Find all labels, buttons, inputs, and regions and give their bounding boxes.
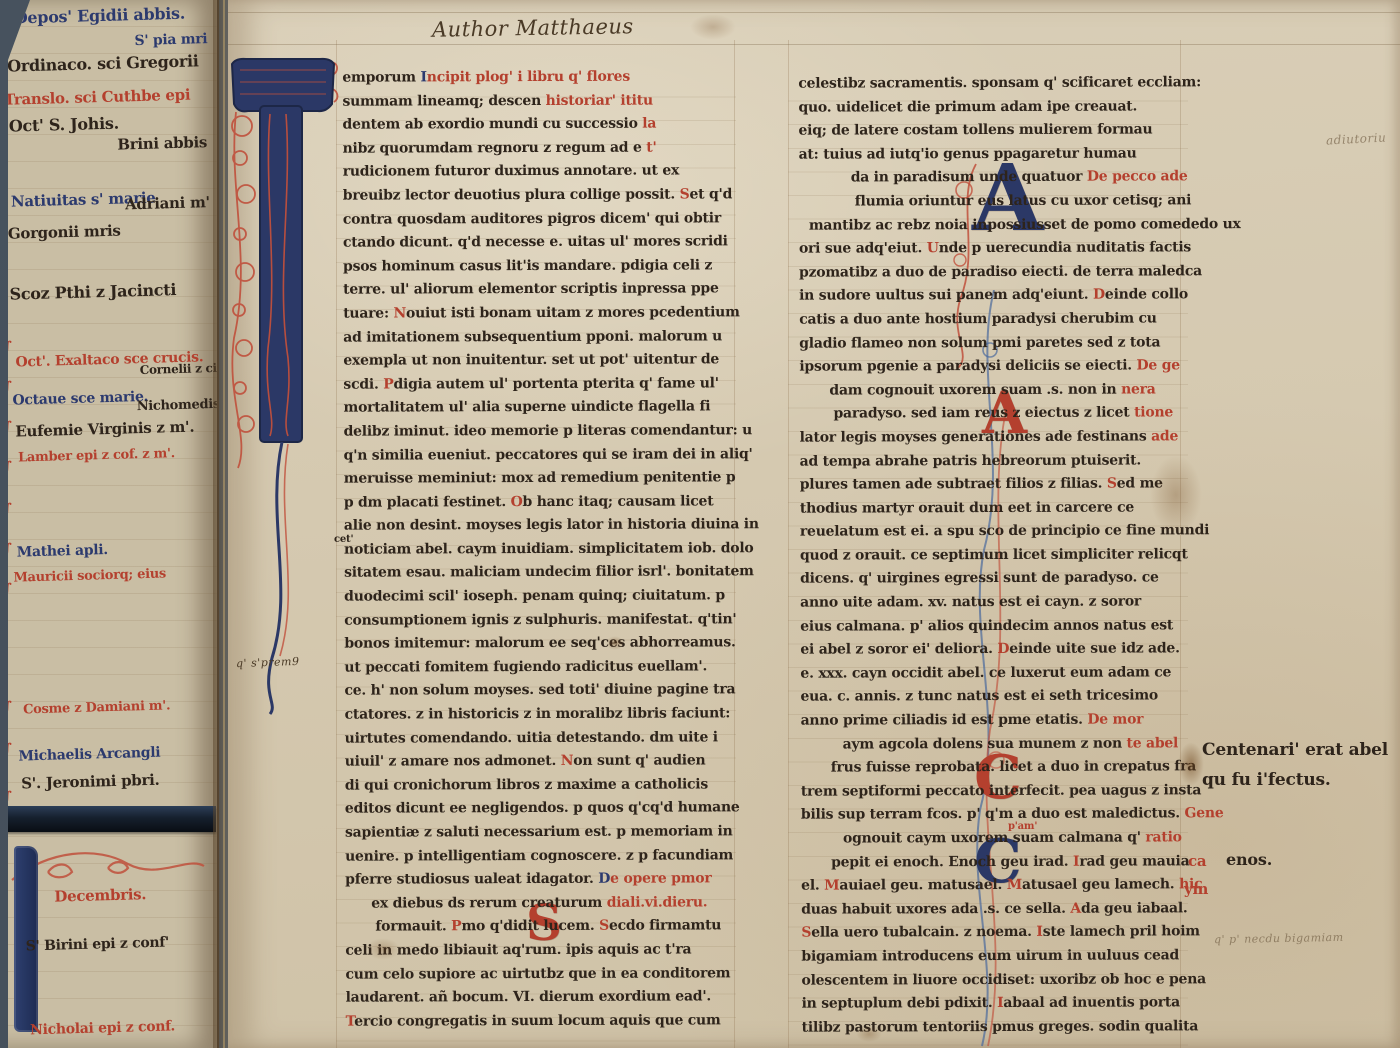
- manuscript-text-line: anno uite adam. xv. natus est ei cayn. z…: [800, 590, 1192, 615]
- text-run-ink: digia autem ul' portenta pterita q' fame…: [393, 375, 718, 392]
- manuscript-text-line: psos hominum casus lit'is mandare. pdigi…: [343, 254, 735, 279]
- calendar-grade-mark: ∫: [3, 458, 12, 476]
- manuscript-text-line: catis a duo ante hostium paradysi cherub…: [799, 307, 1191, 332]
- text-run-red: De pecco ade: [1087, 169, 1188, 185]
- manuscript-text-line: di qui cronichorum libros z maxime a cat…: [345, 773, 737, 798]
- manuscript-text-line: tuare: Nouiut isti bonam uitam z mores p…: [343, 301, 735, 326]
- calendar-entry: Brini abbis: [117, 133, 207, 153]
- text-run-ink: bigamiam introducens eum uirum in uuluus…: [801, 947, 1179, 964]
- manuscript-text-line: in sudore uultus sui panem adq'eiunt. De…: [799, 284, 1191, 309]
- text-run-ink: atusael geu lamech.: [1022, 877, 1179, 894]
- text-run-red: S: [599, 918, 609, 934]
- manuscript-text-line: eius calmana. p' alios quindecim annos n…: [800, 614, 1192, 639]
- manuscript-text-line: breuibz lector deuotius plura collige po…: [343, 183, 735, 208]
- text-run-ink: in septuplum debi pdixit.: [802, 995, 998, 1012]
- manuscript-text-line: ad imitationem subsequentium pponi. malo…: [343, 325, 735, 350]
- text-run-ink: duodecimi scil' ioseph. penam quinq; ciu…: [344, 587, 725, 604]
- text-run-red: D: [997, 641, 1009, 657]
- manuscript-text-line: ad tempa abrahe patris hebreorum ptuiser…: [800, 449, 1192, 474]
- manuscript-text-line: sitatem esau. maliciam undecim filior is…: [344, 561, 736, 586]
- text-run-red: historiar' ititu: [546, 92, 653, 108]
- calendar-entry: Eufemie Virginis z m'.: [15, 418, 194, 441]
- text-run-ink: ad tempa abrahe patris hebreorum ptuiser…: [800, 452, 1141, 469]
- manuscript-text-line: q'n similia eueniut. peccatores qui se i…: [344, 443, 736, 468]
- manuscript-text-line: pepit ei enoch. Enoch geu irad. Irad geu…: [801, 850, 1193, 875]
- manuscript-text-line: mantibz ac rebz noia inpossiusset de pom…: [799, 213, 1191, 238]
- text-run-red: ncipit plog' i libru q' flores: [427, 69, 630, 86]
- text-run-ink: eius calmana. p' alios quindecim annos n…: [800, 617, 1173, 634]
- manuscript-text-line: ctatores. z in historicis z in moralibz …: [345, 702, 737, 727]
- manuscript-text-line: rudicionem futuror duximus annotare. ut …: [343, 160, 735, 185]
- header-annotation: Author Matthaeus: [432, 14, 634, 42]
- text-run-ink: consumptionem ignis z sulphuris. manifes…: [344, 611, 736, 628]
- text-run-ink: et q'd: [689, 186, 732, 202]
- manuscript-text-line: laudarent. añ bocum. VI. dierum exordium…: [346, 985, 738, 1010]
- manuscript-text-line: ce. h' non solum moyses. sed toti' diuin…: [344, 679, 736, 704]
- text-run-ink: ut peccati fomitem fugiendo radicitus eu…: [344, 658, 707, 675]
- interlinear-gloss: p'am': [1008, 821, 1037, 832]
- text-run-red: ade: [1151, 428, 1178, 444]
- calendar-grade-mark: ∫: [3, 540, 12, 558]
- text-run-ink: uirtutes comendando. uitia detestando. d…: [345, 729, 718, 746]
- manuscript-text-line: emporum Incipit plog' i libru q' flores: [342, 65, 734, 90]
- text-run-ink: terre. ul' aliorum elementor scriptis in…: [343, 281, 719, 298]
- manuscript-text-line: formauit. Pmo q'didit lucem. Secdo firma…: [345, 915, 737, 940]
- calendar-entry: S'. Jeronimi pbri.: [21, 771, 160, 793]
- text-run-red: P: [383, 376, 393, 392]
- text-run-ink: scdi.: [343, 376, 383, 392]
- calendar-entry: Cosme z Damiani m'.: [23, 698, 170, 717]
- rubric-overflow-ym: ym: [1184, 880, 1208, 898]
- text-run-red: tione: [1134, 405, 1173, 421]
- calendar-entry: Scoz Pthi z Jacincti: [9, 280, 176, 304]
- text-run-red: De mor: [1087, 712, 1143, 728]
- text-run-ink: anno prime ciliadis id est pme etatis.: [801, 712, 1088, 729]
- text-run-ink: in sudore uultus sui panem adq'eiunt.: [799, 287, 1093, 304]
- calendar-grade-mark: ∫: [3, 500, 12, 518]
- text-run-red: la: [642, 116, 656, 132]
- text-column-2: celestibz sacramentis. sponsam q' scific…: [798, 71, 1193, 1040]
- text-run-ink: q'n similia eueniut. peccatores qui se i…: [344, 446, 753, 463]
- manuscript-text-line: noticiam abel. caym inuidiam. simplicita…: [344, 537, 736, 562]
- manuscript-text-line: el. Mauiael geu. matusael. Matusael geu …: [801, 874, 1193, 899]
- crease-line: [228, 44, 1400, 45]
- manuscript-text-line: quo. uidelicet die primum adam ipe creau…: [798, 95, 1190, 120]
- calendar-grade-mark: ∫: [3, 788, 12, 806]
- manuscript-text-line: uenire. p intelligentiam cognoscere. z p…: [345, 844, 737, 869]
- manuscript-text-line: ipsorum pgenie a paradysi deliciis se ei…: [799, 354, 1191, 379]
- manuscript-text-line: e. xxx. cayn occidit abel. ce luxerut eu…: [800, 661, 1192, 686]
- manuscript-text-line: uirtutes comendando. uitia detestando. d…: [345, 726, 737, 751]
- manuscript-text-line: reuelatum est ei. a spu sco de principio…: [800, 520, 1192, 545]
- text-run-ink: tilibz pastorum tentoriis pmus greges. s…: [802, 1018, 1199, 1035]
- text-run-ink: ipsorum pgenie a paradysi deliciis se ei…: [799, 358, 1136, 375]
- margin-note-enos: enos.: [1226, 850, 1272, 869]
- calendar-entry: Decembris.: [54, 885, 146, 906]
- calendar-grade-mark: ∫: [3, 338, 12, 356]
- manuscript-text-line: plures tamen ade subtraet filios z filia…: [800, 472, 1192, 497]
- text-run-ink: da in paradisum unde quatuor: [851, 169, 1087, 186]
- text-run-red: ratio: [1145, 829, 1181, 845]
- manuscript-text-line: ex diebus ds rerum creaturum diali.vi.di…: [345, 891, 737, 916]
- manuscript-text-line: at: tuius ad iutq'io genus ppagaretur hu…: [799, 142, 1191, 167]
- manuscript-text-line: frus fuisse reprobata. licet a duo in cr…: [801, 756, 1193, 781]
- manuscript-text-line: thodius martyr orauit dum eet in carcere…: [800, 496, 1192, 521]
- calendar-entry: Nicholai epi z conf.: [30, 1018, 175, 1038]
- text-run-ink: delibz iminut. ideo memorie p literas co…: [344, 422, 753, 439]
- manuscript-text-line: uiuil' z amare nos admonet. Non sunt q' …: [345, 750, 737, 775]
- text-run-ink: p dm placati festinet.: [344, 494, 511, 511]
- manuscript-text-line: scdi. Pdigia autem ul' portenta pterita …: [343, 372, 735, 397]
- text-run-red: S: [680, 186, 690, 202]
- manuscript-text-line: meruisse meminiut: mox ad remedium penit…: [344, 466, 736, 491]
- manuscript-text-line: eua. c. annis. z tunc natus est ei seth …: [800, 685, 1192, 710]
- manuscript-text-line: exempla ut non inuitentur. set ut pot' u…: [343, 348, 735, 373]
- text-run-ink: ce. h' non solum moyses. sed toti' diuin…: [344, 682, 735, 699]
- manuscript-text-line: celestibz sacramentis. sponsam q' scific…: [798, 71, 1190, 96]
- manuscript-text-line: aym agcola dolens sua munem z non te abe…: [801, 732, 1193, 757]
- calendar-entry: Translo. sci Cuthbe epi: [4, 86, 191, 109]
- manuscript-text-line: trem septiformi peccato interfecit. pea …: [801, 779, 1193, 804]
- text-run-ink: pzomatibz a duo de paradiso eiecti. de t…: [799, 263, 1202, 280]
- text-run-ink: noticiam abel. caym inuidiam. simplicita…: [344, 540, 754, 557]
- text-run-ink: ste lamech pril hoim: [1043, 924, 1200, 941]
- text-run-ink: trem septiformi peccato interfecit. pea …: [801, 782, 1201, 799]
- text-run-ink: gladio flameo non solum pmi paretes sed …: [799, 334, 1160, 351]
- manuscript-text-line: da in paradisum unde quatuor De pecco ad…: [799, 166, 1191, 191]
- text-run-ink: bilis sup terram fcos. p' q'm a duo est …: [801, 806, 1185, 823]
- manuscript-text-line: mortalitatem ul' alia superne uindicte f…: [343, 396, 735, 421]
- manuscript-text-line: ut peccati fomitem fugiendo radicitus eu…: [344, 655, 736, 680]
- manuscript-text-line: paradyso. sed iam reus z eiectus z licet…: [799, 402, 1191, 427]
- text-run-ink: on sunt q' audien: [573, 753, 705, 769]
- calendar-entry: Mathei apli.: [17, 542, 109, 561]
- text-run-ink: aym agcola dolens sua munem z non: [843, 735, 1127, 752]
- calendar-entry: S' pia mri: [134, 31, 207, 49]
- text-run-red: U: [927, 240, 939, 256]
- manuscript-photo: Depos' Egidii abbis.S' pia mriOrdinaco. …: [0, 0, 1400, 1048]
- manuscript-text-line: contra quosdam auditores pigros dicem' q…: [343, 207, 735, 232]
- manuscript-text-line: sapientiæ z saluti necessarium est. p me…: [345, 820, 737, 845]
- text-run-ink: el.: [801, 878, 824, 894]
- interlinear-gloss-2: cet': [334, 534, 353, 545]
- manuscript-text-line: p dm placati festinet. Ob hanc itaq; cau…: [344, 490, 736, 515]
- text-run-ink: plures tamen ade subtraet filios z filia…: [800, 476, 1107, 493]
- manuscript-text-line: bigamiam introducens eum uirum in uuluus…: [801, 944, 1193, 969]
- calendar-entry: Lamber epi z cof. z m'.: [18, 446, 175, 465]
- manuscript-text-line: ori sue adq'eiut. Unde p uerecundia nudi…: [799, 236, 1191, 261]
- text-run-ink: contra quosdam auditores pigros dicem' q…: [343, 210, 721, 227]
- text-run-red: nera: [1121, 381, 1156, 397]
- facing-calendar-page: Depos' Egidii abbis.S' pia mriOrdinaco. …: [0, 0, 217, 1048]
- text-run-ink: breuibz lector deuotius plura collige po…: [343, 186, 680, 203]
- text-run-ink: nde p uerecundia nuditatis factis: [939, 239, 1191, 256]
- text-run-ink: quod z orauit. ce septimum licet simplic…: [800, 546, 1188, 563]
- text-run-red: diali.vi.dieru.: [607, 894, 708, 910]
- manuscript-text-line: alie non desint. moyses legis lator in h…: [344, 514, 736, 539]
- manuscript-text-line: duas habuit uxores ada .s. ce sella. Ada…: [801, 897, 1193, 922]
- text-run-ink: catis a duo ante hostium paradysi cherub…: [799, 310, 1157, 327]
- text-run-red: D: [1093, 287, 1105, 303]
- manuscript-text-line: dicens. q' uirgines egressi sunt de para…: [800, 567, 1192, 592]
- manuscript-text-line: ognouit caym uxorem suam calmana q' rati…: [801, 826, 1193, 851]
- text-run-red: te abel: [1126, 735, 1178, 751]
- calendar-grade-mark: ∫: [3, 740, 12, 758]
- text-run-ink: cum celo supiore ac uirtutbz que in ea c…: [345, 965, 730, 982]
- manuscript-text-line: lator legis moyses generationes ade fest…: [800, 425, 1192, 450]
- text-run-ink: mo q'didit lucem.: [461, 918, 599, 934]
- text-run-red: N: [561, 753, 574, 769]
- text-run-ink: ad imitationem subsequentium pponi. malo…: [343, 328, 722, 345]
- text-run-ink: einde uite sue idz ade.: [1009, 641, 1179, 658]
- leaf-edge-2: [223, 0, 225, 1048]
- text-run-ink: da geu iabaal.: [1081, 900, 1188, 916]
- text-run-ink: mortalitatem ul' alia superne uindicte f…: [343, 399, 710, 416]
- manuscript-text-line: nibz quorumdam regnoru z regum ad e t': [343, 136, 735, 161]
- text-run-ink: celi in medo libiauit aq'rum. ipis aquis…: [345, 941, 691, 958]
- text-run-ink: formauit.: [375, 919, 451, 935]
- manuscript-text-line: pzomatibz a duo de paradiso eiecti. de t…: [799, 260, 1191, 285]
- text-run-ink: ei abel z soror ei' deliora.: [800, 641, 997, 658]
- manuscript-text-line: dam cognouit uxorem suam .s. non in nera: [799, 378, 1191, 403]
- text-run-ink: laudarent. añ bocum. VI. dierum exordium…: [346, 989, 711, 1006]
- rubric-overflow-ca: ca: [1188, 852, 1206, 870]
- calendar-entry: Depos' Egidii abbis.: [14, 4, 186, 28]
- text-run-red: A: [1070, 900, 1081, 916]
- text-run-ink: frus fuisse reprobata. licet a duo in cr…: [831, 759, 1196, 776]
- text-run-ink: lator legis moyses generationes ade fest…: [800, 428, 1152, 445]
- text-run-ink: uenire. p intelligentiam cognoscere. z p…: [345, 847, 733, 864]
- text-run-red: N: [393, 305, 406, 321]
- calendar-grade-mark: ∫: [3, 378, 12, 396]
- manuscript-text-line: bilis sup terram fcos. p' q'm a duo est …: [801, 803, 1193, 828]
- manuscript-text-line: Sella uero tubalcain. z noema. Iste lame…: [801, 921, 1193, 946]
- text-run-red: S: [801, 925, 811, 941]
- text-run-ink: di qui cronichorum libros z maxime a cat…: [345, 776, 708, 793]
- text-run-ink: ercio congregatis in suum locum aquis qu…: [354, 1012, 720, 1029]
- text-run-ink: ex diebus ds rerum creaturum: [371, 895, 607, 912]
- crease-line: [228, 12, 1400, 13]
- text-run-ink: sitatem esau. maliciam undecim filior is…: [344, 564, 754, 581]
- text-run-ink: reuelatum est ei. a spu sco de principio…: [800, 523, 1209, 540]
- margin-note-centenarius-2: qu fu i'fectus.: [1202, 770, 1331, 790]
- text-run-red: Gene: [1184, 806, 1223, 822]
- text-run-ink: exempla ut non inuitentur. set ut pot' u…: [343, 351, 719, 368]
- manuscript-text-line: quod z orauit. ce septimum licet simplic…: [800, 543, 1192, 568]
- text-run-ink: uiuil' z amare nos admonet.: [345, 753, 561, 770]
- text-run-ink: sapientiæ z saluti necessarium est. p me…: [345, 823, 733, 840]
- text-run-ink: tuare:: [343, 305, 393, 321]
- text-run-ink: anno uite adam. xv. natus est ei cayn. z…: [800, 594, 1141, 611]
- calendar-entry: Gorgonii mris: [8, 222, 121, 243]
- text-run-ink: e. xxx. cayn occidit abel. ce luxerut eu…: [800, 664, 1171, 681]
- manuscript-text-line: pferre studiosus ualeat idagator. De ope…: [345, 868, 737, 893]
- calendar-entry: Mauricii sociorq; eius: [13, 566, 166, 585]
- calendar-entry: Octaue sce marie.: [12, 389, 148, 409]
- manuscript-text-line: editos dicunt ee negligendos. p quos q'c…: [345, 797, 737, 822]
- calendar-grade-mark: ∫: [3, 418, 12, 436]
- text-run-ink: alie non desint. moyses legis lator in h…: [344, 517, 759, 534]
- manuscript-text-line: gladio flameo non solum pmi paretes sed …: [799, 331, 1191, 356]
- text-column-1: emporum Incipit plog' i libru q' floress…: [342, 65, 737, 1034]
- text-run-ink: mantibz ac rebz noia inpossiusset de pom…: [809, 216, 1241, 234]
- text-run-red: M: [1007, 877, 1022, 893]
- text-run-ink: quo. uidelicet die primum adam ipe creau…: [798, 98, 1137, 115]
- text-run-ink: b hanc itaq; causam licet: [522, 493, 713, 510]
- text-run-ink: bonos imitemur: malorum ee seq'ces abhor…: [344, 635, 735, 652]
- text-run-ink: abaal ad inuentis porta: [1003, 995, 1180, 1012]
- text-run-ink: at: tuius ad iutq'io genus ppagaretur hu…: [799, 145, 1137, 162]
- text-run-red: P: [451, 919, 461, 935]
- calendar-entry: Michaelis Arcangli: [18, 745, 160, 765]
- text-run-ink: ed me: [1117, 476, 1163, 492]
- manuscript-text-line: delibz iminut. ideo memorie p literas co…: [344, 419, 736, 444]
- calendar-grade-mark: ∫: [3, 580, 12, 598]
- text-run-ink: ella uero tubalcain. z noema.: [811, 924, 1036, 941]
- margin-note-centenarius: Centenari' erat abel: [1202, 740, 1388, 760]
- text-run-ink: meruisse meminiut: mox ad remedium penit…: [344, 469, 736, 486]
- text-run-ink: thodius martyr orauit dum eet in carcere…: [800, 499, 1134, 516]
- manuscript-text-line: anno prime ciliadis id est pme etatis. D…: [801, 708, 1193, 733]
- manuscript-text-line: celi in medo libiauit aq'rum. ipis aquis…: [345, 938, 737, 963]
- manuscript-text-line: dentem ab exordio mundi cu successio la: [342, 113, 734, 138]
- manuscript-text-line: summam lineamq; descen historiar' ititu: [342, 89, 734, 114]
- manuscript-text-line: tilibz pastorum tentoriis pmus greges. s…: [802, 1015, 1194, 1040]
- text-run-red: e opere pmor: [610, 871, 711, 887]
- manuscript-text-line: consumptionem ignis z sulphuris. manifes…: [344, 608, 736, 633]
- text-run-ink: psos hominum casus lit'is mandare. pdigi…: [343, 257, 712, 274]
- correction-gloss: q' s'prem9: [236, 655, 300, 670]
- text-run-red: S: [1107, 476, 1117, 492]
- text-run-ink: celestibz sacramentis. sponsam q' scific…: [798, 74, 1201, 91]
- manuscript-text-line: Tercio congregatis in suum locum aquis q…: [346, 1009, 738, 1034]
- text-run-ink: flumia oriuntur eus latus cu uxor cetisq…: [855, 192, 1192, 209]
- text-run-ink: rad geu mauia: [1079, 853, 1189, 869]
- text-run-ink: einde collo: [1105, 287, 1188, 303]
- manuscript-text-line: ei abel z soror ei' deliora. Deinde uite…: [800, 638, 1192, 663]
- manuscript-text-line: olescentem in liuore occidiset: uxoribz …: [801, 968, 1193, 993]
- text-run-ink: ouiut isti bonam uitam z mores pcedentiu…: [406, 304, 740, 321]
- manuscript-text-line: ctando dicunt. q'd necesse e. uitas ul' …: [343, 230, 735, 255]
- text-run-ink: dentem ab exordio mundi cu successio: [342, 116, 642, 133]
- text-run-ink: summam lineamq; descen: [342, 93, 545, 110]
- text-run-ink: emporum: [342, 69, 420, 85]
- text-run-red: M: [824, 878, 839, 894]
- text-run-red: De ge: [1136, 357, 1179, 373]
- calendar-entry: S' Birini epi z conf': [26, 934, 170, 954]
- illuminated-initial-T: T: [226, 48, 342, 718]
- text-run-ink: ori sue adq'eiut.: [799, 240, 927, 256]
- text-run-ink: rudicionem futuror duximus annotare. ut …: [343, 163, 679, 180]
- text-run-ink: eua. c. annis. z tunc natus est ei seth …: [800, 688, 1158, 705]
- text-run-ink: eiq; de latere costam tollens mulierem f…: [798, 122, 1152, 139]
- calendar-entry: Oct' S. Johis.: [9, 114, 119, 136]
- calendar-grade-mark: ∫: [3, 698, 12, 716]
- manuscript-text-line: cum celo supiore ac uirtutbz que in ea c…: [345, 962, 737, 987]
- manuscript-text-line: in septuplum debi pdixit. Iabaal ad inue…: [802, 991, 1194, 1016]
- text-run-ink: duas habuit uxores ada .s. ce sella.: [801, 901, 1070, 918]
- text-run-ink: auiael geu. matusael.: [839, 877, 1006, 894]
- text-run-ink: ecdo firmamtu: [609, 918, 721, 934]
- text-run-ink: ognouit caym uxorem suam calmana q': [843, 829, 1145, 846]
- text-run-red: t': [646, 139, 656, 155]
- manuscript-text-line: flumia oriuntur eus latus cu uxor cetisq…: [799, 189, 1191, 214]
- text-run-ink: ctatores. z in historicis z in moralibz …: [345, 705, 731, 722]
- calendar-entry: Ordinaco. sci Gregorii: [7, 51, 199, 75]
- calendar-grade-mark: ∫: [3, 22, 12, 40]
- manuscript-text-line: bonos imitemur: malorum ee seq'ces abhor…: [344, 632, 736, 657]
- text-run-red: O: [511, 494, 523, 510]
- margin-gloss-bigamiam: q' p' necdu bigamiam: [1214, 931, 1344, 946]
- manuscript-text-line: duodecimi scil' ioseph. penam quinq; ciu…: [344, 584, 736, 609]
- leaf-edge-1: [217, 0, 219, 1048]
- text-run-ink: editos dicunt ee negligendos. p quos q'c…: [345, 800, 740, 817]
- text-run-ink: dicens. q' uirgines egressi sunt de para…: [800, 570, 1159, 587]
- text-run-ink: nibz quorumdam regnoru z regum ad e: [343, 139, 647, 156]
- manuscript-text-line: eiq; de latere costam tollens mulierem f…: [798, 119, 1190, 144]
- text-run-ink: pepit ei enoch. Enoch geu irad.: [831, 853, 1073, 870]
- text-run-ink: dam cognouit uxorem suam .s. non in: [829, 381, 1121, 398]
- calendar-entry: Adriani m': [125, 193, 210, 213]
- calendar-entries: Depos' Egidii abbis.S' pia mriOrdinaco. …: [0, 0, 232, 1048]
- text-run-ink: pferre studiosus ualeat idagator.: [345, 871, 598, 888]
- text-run-ink: olescentem in liuore occidiset: uxoribz …: [801, 971, 1206, 988]
- text-run-blue: D: [598, 871, 610, 887]
- text-run-ink: ctando dicunt. q'd necesse e. uitas ul' …: [343, 233, 728, 250]
- text-run-ink: paradyso. sed iam reus z eiectus z licet: [833, 405, 1134, 422]
- text-run-red: T: [346, 1013, 355, 1029]
- manuscript-text-line: terre. ul' aliorum elementor scriptis in…: [343, 278, 735, 303]
